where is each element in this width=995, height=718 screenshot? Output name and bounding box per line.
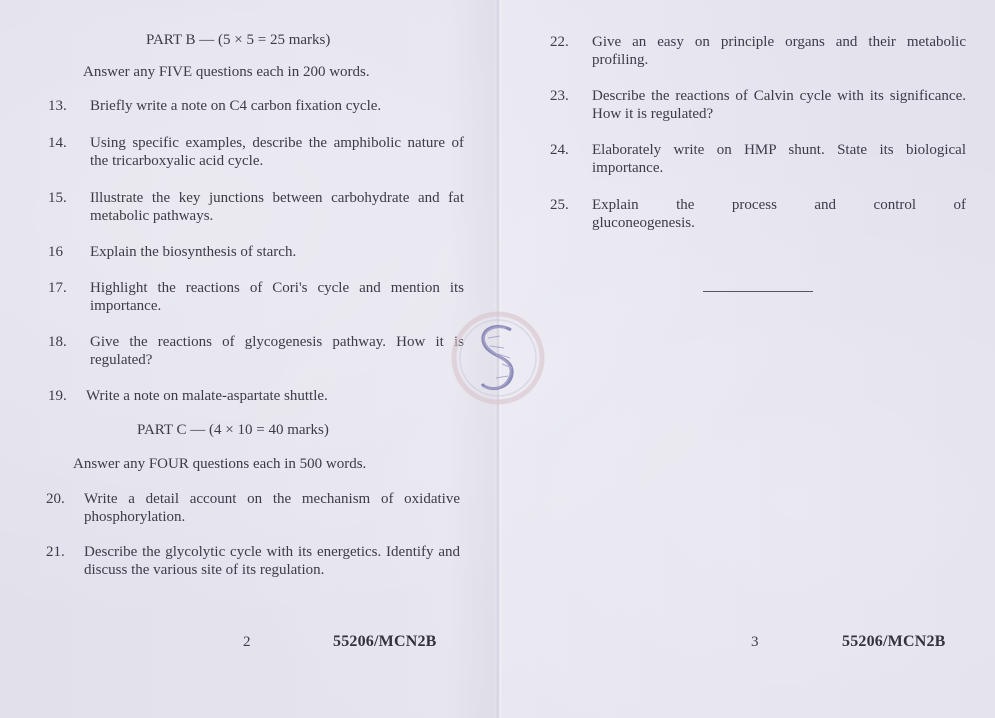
part-b-heading: PART B — (5 × 5 = 25 marks) bbox=[146, 32, 330, 49]
question-number: 18. bbox=[48, 333, 67, 351]
question-number: 19. bbox=[48, 387, 67, 405]
question-text: Explain the process and control of gluco… bbox=[592, 196, 966, 232]
question-text: Give an easy on principle organs and the… bbox=[592, 33, 966, 69]
question-number: 24. bbox=[550, 141, 569, 159]
page-number: 3 bbox=[751, 634, 759, 651]
question-text: Give the reactions of glycogenesis pathw… bbox=[90, 333, 464, 369]
question-text: Using specific examples, describe the am… bbox=[90, 134, 464, 170]
question-text: Describe the glycolytic cycle with its e… bbox=[84, 543, 460, 579]
right-page: 22. Give an easy on principle organs and… bbox=[500, 0, 995, 718]
question-text: Write a detail account on the mechanism … bbox=[84, 490, 460, 526]
question-text: Illustrate the key junctions between car… bbox=[90, 189, 464, 225]
question-number: 16 bbox=[48, 243, 63, 261]
end-of-paper-rule bbox=[703, 291, 813, 292]
question-number: 20. bbox=[46, 490, 65, 508]
paper-code: 55206/MCN2B bbox=[333, 633, 437, 651]
question-number: 17. bbox=[48, 279, 67, 297]
question-number: 14. bbox=[48, 134, 67, 152]
part-c-heading: PART C — (4 × 10 = 40 marks) bbox=[137, 422, 329, 439]
paper-code: 55206/MCN2B bbox=[842, 633, 946, 651]
question-number: 22. bbox=[550, 33, 569, 51]
part-c-instruction: Answer any FOUR questions each in 500 wo… bbox=[73, 456, 366, 473]
dna-s-logo-icon bbox=[448, 308, 548, 408]
question-number: 21. bbox=[46, 543, 65, 561]
question-text: Describe the reactions of Calvin cycle w… bbox=[592, 87, 966, 123]
question-text: Elaborately write on HMP shunt. State it… bbox=[592, 141, 966, 177]
question-text: Briefly write a note on C4 carbon fixati… bbox=[90, 97, 460, 115]
question-text: Explain the biosynthesis of starch. bbox=[90, 243, 464, 261]
question-text: Highlight the reactions of Cori's cycle … bbox=[90, 279, 464, 315]
question-number: 23. bbox=[550, 87, 569, 105]
question-number: 25. bbox=[550, 196, 569, 214]
left-page: PART B — (5 × 5 = 25 marks) Answer any F… bbox=[0, 0, 497, 718]
question-number: 15. bbox=[48, 189, 67, 207]
part-b-instruction: Answer any FIVE questions each in 200 wo… bbox=[83, 64, 370, 81]
question-number: 13. bbox=[48, 97, 67, 115]
question-text: Write a note on malate-aspartate shuttle… bbox=[86, 387, 464, 405]
page-number: 2 bbox=[243, 634, 251, 651]
